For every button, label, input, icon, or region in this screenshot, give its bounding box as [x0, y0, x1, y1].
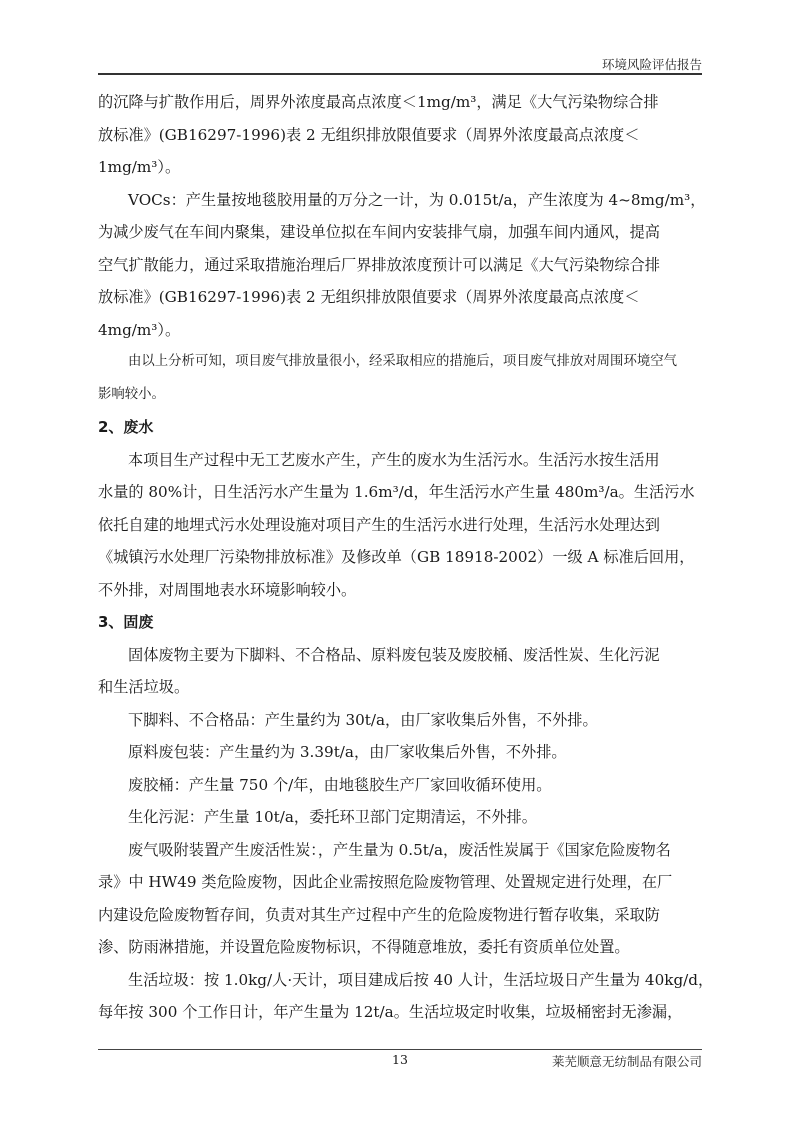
text-line: 由以上分析可知，项目废气排放量很小，经采取相应的措施后，项目废气排放对周围环境空… — [98, 346, 702, 379]
text-line: 固体废物主要为下脚料、不合格品、原料废包装及废胶桶、废活性炭、生化污泥 — [98, 639, 702, 672]
text-line: 每年按 300 个工作日计，年产生量为 12t/a。生活垃圾定时收集，垃圾桶密封… — [98, 996, 702, 1029]
document-body: 的沉降与扩散作用后，周界外浓度最高点浓度＜1mg/m³，满足《大气污染物综合排放… — [98, 86, 702, 1029]
text-line: 依托自建的地埋式污水处理设施对项目产生的生活污水进行处理，生活污水处理达到 — [98, 509, 702, 542]
text-line: 生活垃圾：按 1.0kg/人·天计，项目建成后按 40 人计，生活垃圾日产生量为… — [98, 964, 702, 997]
text-line: 下脚料、不合格品：产生量约为 30t/a，由厂家收集后外售，不外排。 — [98, 704, 702, 737]
text-line: 原料废包装：产生量约为 3.39t/a，由厂家收集后外售，不外排。 — [98, 736, 702, 769]
text-line: 水量的 80%计，日生活污水产生量为 1.6m³/d，年生活污水产生量 480m… — [98, 476, 702, 509]
text-line: 影响较小。 — [98, 379, 702, 412]
text-line: 空气扩散能力，通过采取措施治理后厂界排放浓度预计可以满足《大气污染物综合排 — [98, 249, 702, 282]
text-line: 废胶桶：产生量 750 个/年，由地毯胶生产厂家回收循环使用。 — [98, 769, 702, 802]
footer-divider — [98, 1049, 702, 1050]
text-line: 不外排，对周围地表水环境影响较小。 — [98, 574, 702, 607]
header-title: 环境风险评估报告 — [602, 55, 702, 73]
text-line: 渗、防雨淋措施，并设置危险废物标识，不得随意堆放，委托有资质单位处置。 — [98, 931, 702, 964]
text-line: 放标准》(GB16297-1996)表 2 无组织排放限值要求（周界外浓度最高点… — [98, 281, 702, 314]
text-line: VOCs：产生量按地毯胶用量的万分之一计，为 0.015t/a，产生浓度为 4~… — [98, 184, 702, 217]
text-line: 为减少废气在车间内聚集，建设单位拟在车间内安装排气扇，加强车间内通风，提高 — [98, 216, 702, 249]
text-line: 1mg/m³）。 — [98, 151, 702, 184]
text-line: 放标准》(GB16297-1996)表 2 无组织排放限值要求（周界外浓度最高点… — [98, 119, 702, 152]
text-line: 本项目生产过程中无工艺废水产生，产生的废水为生活污水。生活污水按生活用 — [98, 444, 702, 477]
text-line: 4mg/m³）。 — [98, 314, 702, 347]
text-line: 和生活垃圾。 — [98, 671, 702, 704]
header-divider — [98, 73, 702, 75]
text-line: 生化污泥：产生量 10t/a，委托环卫部门定期清运，不外排。 — [98, 801, 702, 834]
text-line: 《城镇污水处理厂污染物排放标准》及修改单（GB 18918-2002）一级 A … — [98, 541, 702, 574]
text-line: 录》中 HW49 类危险废物，因此企业需按照危险废物管理、处置规定进行处理，在厂 — [98, 866, 702, 899]
footer-company: 莱芜顺意无纺制品有限公司 — [552, 1052, 702, 1070]
text-line: 内建设危险废物暂存间，负责对其生产过程中产生的危险废物进行暂存收集，采取防 — [98, 899, 702, 932]
section-heading: 2、废水 — [98, 411, 702, 444]
text-line: 废气吸附装置产生废活性炭：，产生量为 0.5t/a，废活性炭属于《国家危险废物名 — [98, 834, 702, 867]
section-heading: 3、固废 — [98, 606, 702, 639]
text-line: 的沉降与扩散作用后，周界外浓度最高点浓度＜1mg/m³，满足《大气污染物综合排 — [98, 86, 702, 119]
